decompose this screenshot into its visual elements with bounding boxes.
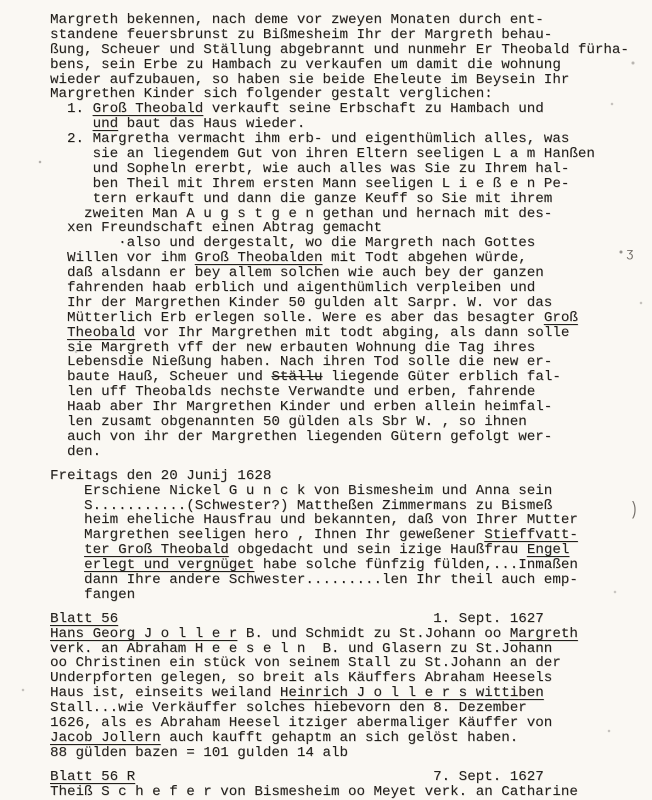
- text-line: zweiten Man A u g s t g e n gethan und h…: [50, 207, 650, 222]
- text-line: fangen: [50, 588, 650, 603]
- text-line: und Sopheln ererbt, wie auch alles was S…: [50, 162, 650, 177]
- text-line: Haab aber Ihr Margrethen Kinder und erbe…: [50, 400, 650, 415]
- text-line: Margreth bekennen, nach deme vor zweyen …: [50, 13, 650, 28]
- text-line: xen Freundschaft einen Abtrag gemacht: [50, 221, 650, 236]
- text-line: Mütterlich Erb erlegen solle. Were es ab…: [50, 311, 650, 326]
- text-line: Stall...wie Verkäuffer solches hiebevorn…: [50, 701, 650, 716]
- text-line: heim eheliche Hausfrau und bekannten, da…: [50, 513, 650, 528]
- text-line: 1626, als es Abraham Heesel itziger aber…: [50, 716, 650, 731]
- text-line: 88 gülden bazen = 101 gulden 14 alb: [50, 746, 650, 761]
- text-line: Blatt 56 R 7. Sept. 1627: [50, 770, 650, 785]
- text-line: sie Margreth vff der new erbauten Wohnun…: [50, 341, 650, 356]
- text-line: Margrethen seeligen hero , Ihnen Ihr gew…: [50, 528, 650, 543]
- text-line: ben Theil mit Ihrem ersten Mann seeligen…: [50, 177, 650, 192]
- text-line: 2. Margretha vermacht ihm erb- und eigen…: [50, 132, 650, 147]
- text-line: ·also und dergestalt, wo die Margreth na…: [50, 236, 650, 251]
- text-line: standene feuersbrunst zu Bißmesheim Ihr …: [50, 28, 650, 43]
- document-text: Margreth bekennen, nach deme vor zweyen …: [50, 13, 650, 799]
- text-line: Ihr der Margrethen Kinder 50 gulden alt …: [50, 296, 650, 311]
- text-line: ter Groß Theobald obgedacht und sein izi…: [50, 543, 650, 558]
- text-line: fahrenden haab erblich und aigenthümlich…: [50, 281, 650, 296]
- text-line: Willen vor ihm Groß Theobalden mit Todt …: [50, 251, 650, 266]
- text-line: Freitags den 20 Junij 1628: [50, 469, 650, 484]
- text-line: sie an liegendem Gut von ihren Eltern se…: [50, 147, 650, 162]
- text-line: daß alsdann er bey allem solchen wie auc…: [50, 266, 650, 281]
- text-line: Erschiene Nickel G u n c k von Bismeshei…: [50, 484, 650, 499]
- text-line: len zusamt obgenannten 50 gülden als Sbr…: [50, 415, 650, 430]
- text-line: auch von ihr der Margrethen liegenden Gü…: [50, 430, 650, 445]
- text-line: Theiß S c h e f e r von Bismesheim oo Me…: [50, 785, 650, 800]
- scan-artifact-paren: ): [630, 499, 638, 520]
- text-line: verk. an Abraham H e e s e l n B. und Gl…: [50, 642, 650, 657]
- text-line: erlegt und vergnüget habe solche fünfzig…: [50, 558, 650, 573]
- text-line: Jacob Jollern auch kaufft gehaptm an sic…: [50, 731, 650, 746]
- text-line: Lebensdie Nießung haben. Nach ihren Tod …: [50, 355, 650, 370]
- text-line: Underpforten gelegen, so breit als Käuff…: [50, 671, 650, 686]
- text-line: dann Ihre andere Schwester.........len I…: [50, 573, 650, 588]
- scanned-typewritten-page: { "page": { "background": "#faf8f3", "in…: [0, 0, 652, 800]
- text-line: Blatt 56 1. Sept. 1627: [50, 612, 650, 627]
- text-line: bens, sein Erbe zu Hambach zu verkaufen …: [50, 58, 650, 73]
- text-line: wieder aufzubauen, so haben sie beide Eh…: [50, 73, 650, 88]
- text-line: Margrethen Kinder sich folgender gestalt…: [50, 87, 650, 102]
- text-line: len uff Theobalds nechste Verwandte und …: [50, 385, 650, 400]
- text-line: tern erkauft und dann die ganze Keuff so…: [50, 192, 650, 207]
- text-line: baute Hauß, Scheuer und Ställu liegende …: [50, 370, 650, 385]
- text-line: ßung, Scheuer und Ställung abgebrannt un…: [50, 43, 650, 58]
- text-line: S...........(Schwester?) Mattheßen Zimme…: [50, 499, 650, 514]
- text-line: 1. Groß Theobald verkauft seine Erbschaf…: [50, 102, 650, 117]
- text-line: oo Christinen ein stück von seinem Stall…: [50, 656, 650, 671]
- text-line: Theobald vor Ihr Margrethen mit todt abg…: [50, 326, 650, 341]
- text-line: Hans Georg J o l l e r B. und Schmidt zu…: [50, 627, 650, 642]
- text-line: Haus ist, einseits weiland Heinrich J o …: [50, 686, 650, 701]
- text-line: den.: [50, 445, 650, 460]
- scan-artifact-squiggle: ʒ: [626, 246, 634, 261]
- text-line: und baut das Haus wieder.: [50, 117, 650, 132]
